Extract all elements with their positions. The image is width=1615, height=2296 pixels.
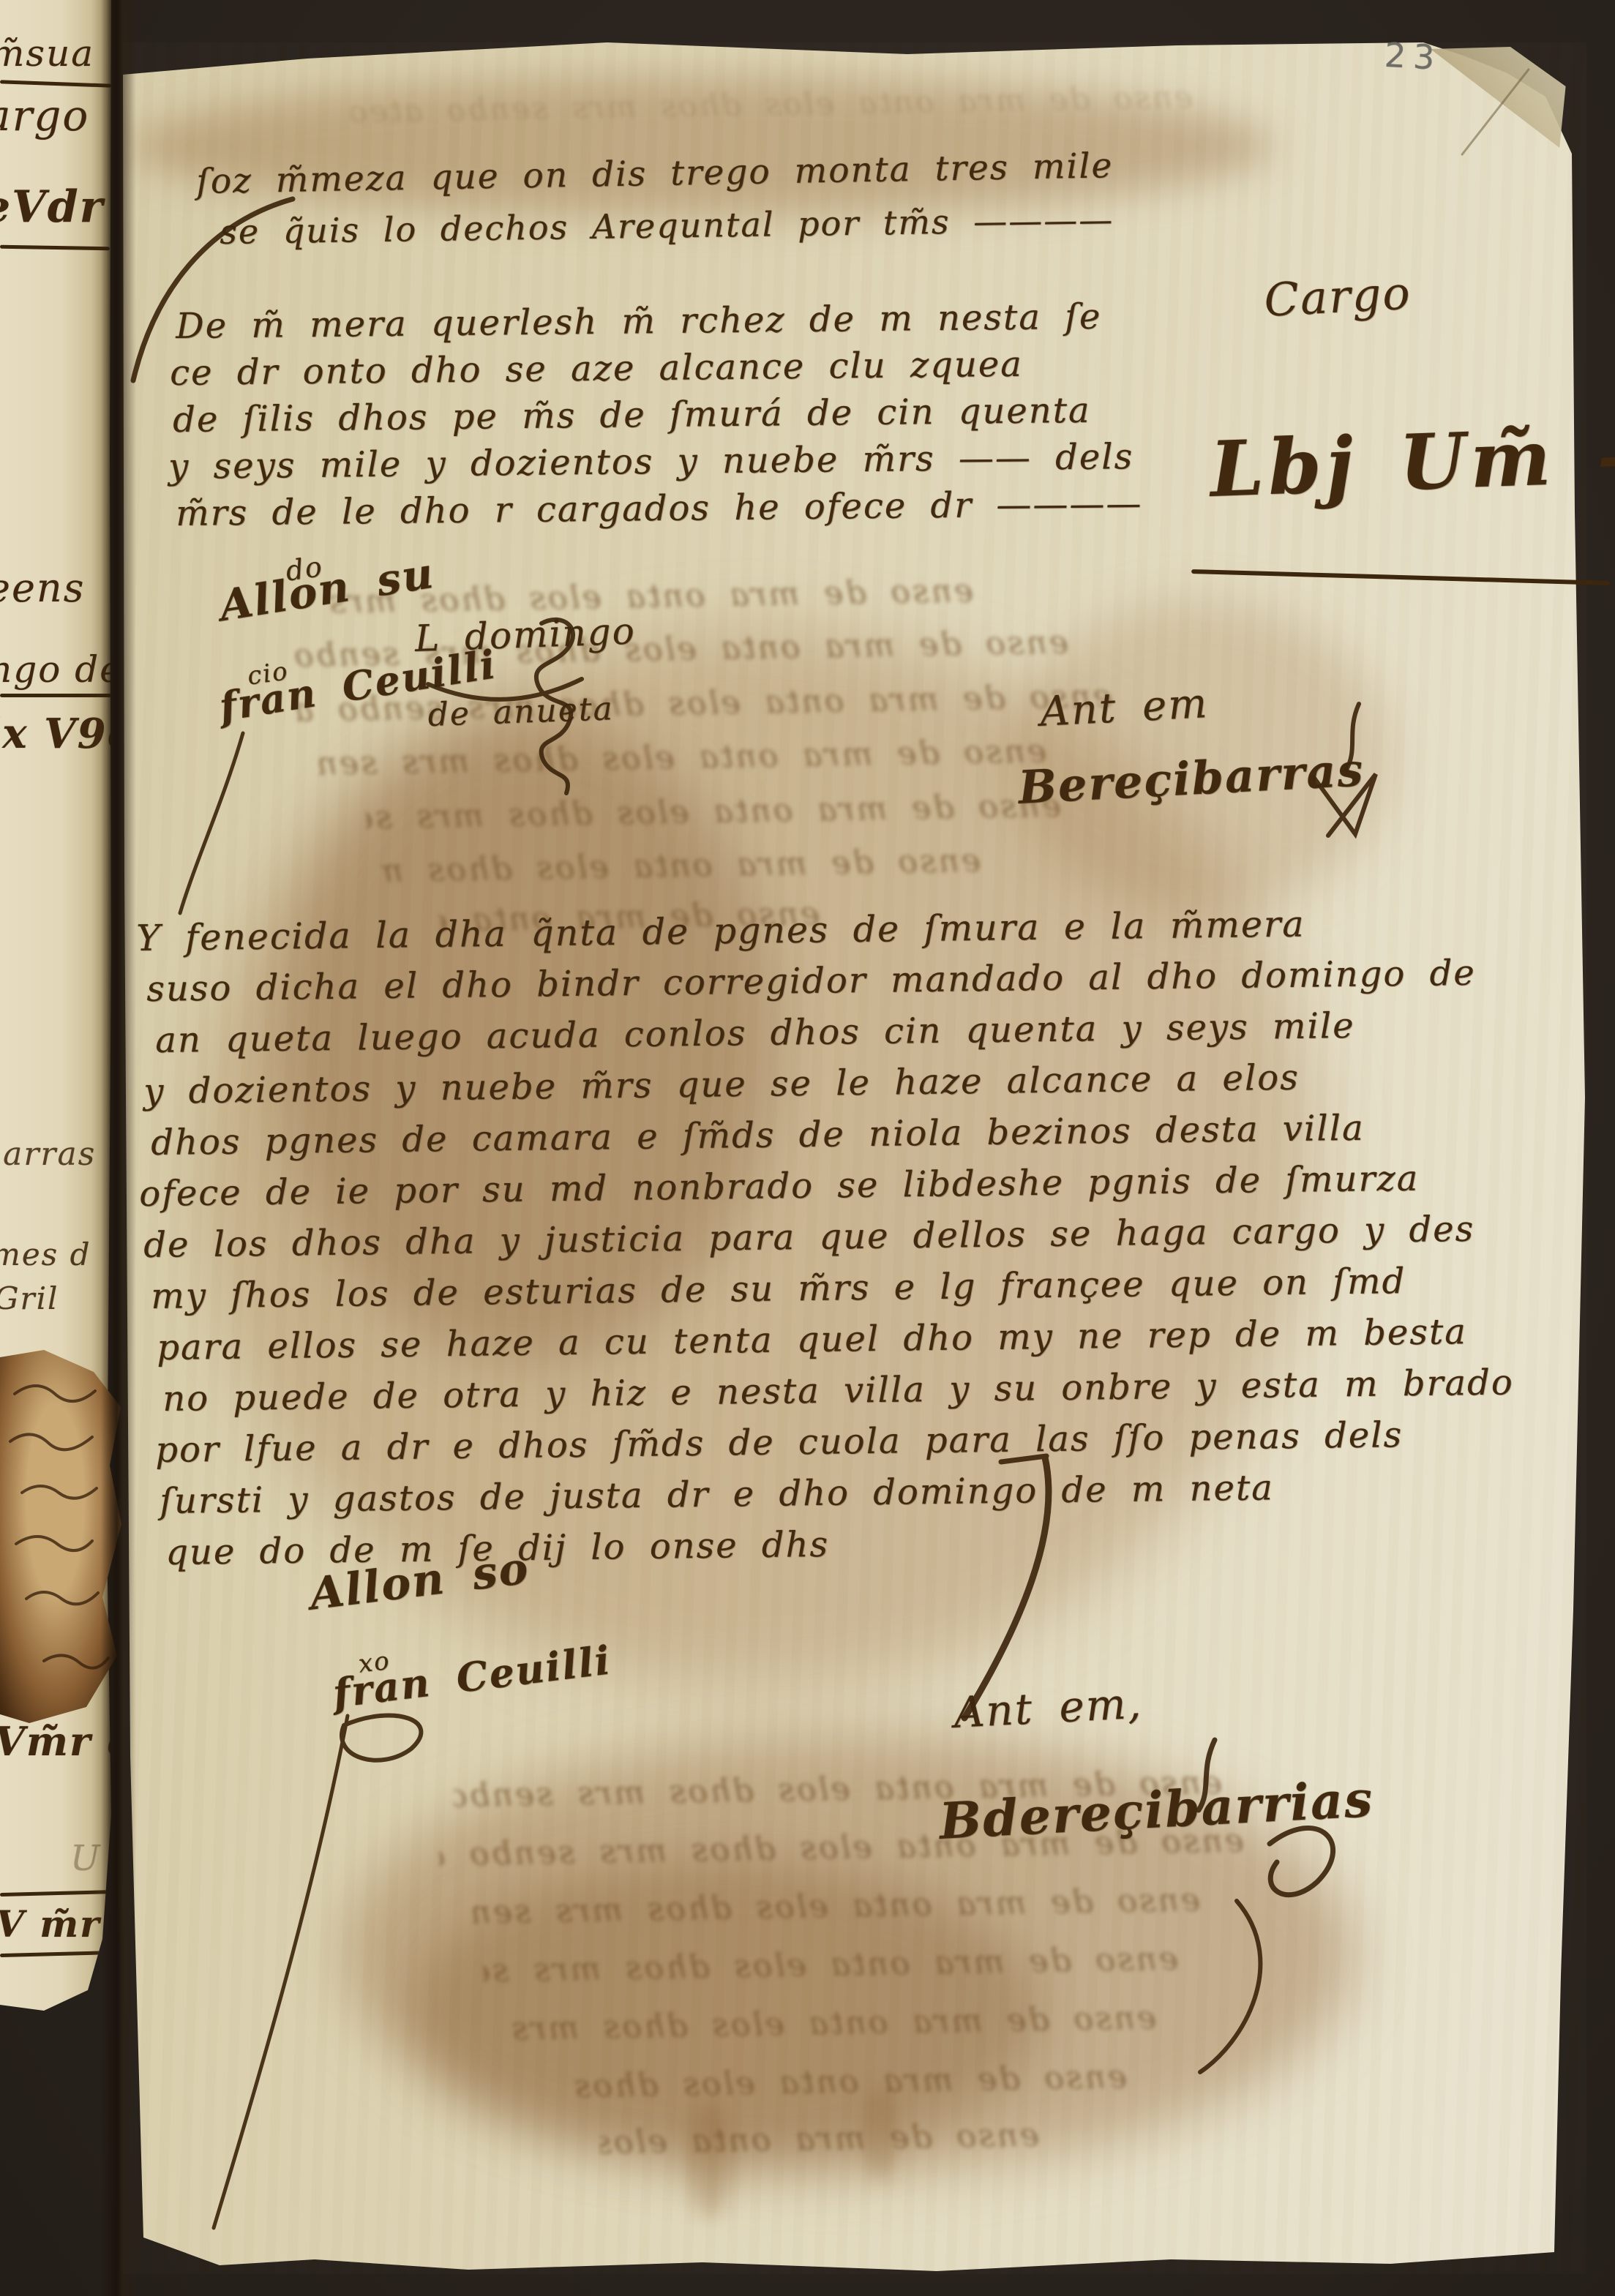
ante-mi-attestation: Ant em bbox=[1039, 683, 1210, 733]
ante-mi-attestation: Ant em, bbox=[953, 1682, 1143, 1734]
edge-fragment: eVdr bbox=[0, 181, 104, 233]
book-gutter-shadow bbox=[101, 0, 136, 2296]
entry-line: De m̃ mera querlesh m̃ rchez de m nesta … bbox=[176, 299, 1102, 344]
folio-number: 23 bbox=[1384, 35, 1443, 78]
edge-rule bbox=[0, 80, 111, 87]
edge-fragment: barras bbox=[0, 1136, 96, 1173]
entry-line: m̃rs de le dho r cargados he ofece dr ——… bbox=[176, 486, 1143, 531]
edge-fragment: eens bbox=[0, 565, 85, 611]
principal-name-line2: de anueta bbox=[427, 693, 614, 732]
edge-fragment: argo bbox=[0, 91, 89, 140]
entry-line: de ſilis dhos pe m̃s de ſmurá de cin que… bbox=[173, 393, 1091, 438]
edge-fragment: m̃sua bbox=[0, 32, 94, 75]
bleedthrough-line: enso de mra onta elos dhos mrs senbo ate… bbox=[600, 2117, 1040, 2161]
edge-rule bbox=[0, 1890, 116, 1897]
entry-line: y seys mile y dozientos y nuebe m̃rs —— … bbox=[168, 439, 1134, 484]
principal-name-line1: L domingo bbox=[414, 612, 636, 657]
margin-cargo-label: Cargo bbox=[1263, 270, 1412, 323]
edge-fragment: Gril bbox=[0, 1280, 59, 1316]
edge-rule bbox=[0, 1951, 116, 1957]
edge-rule bbox=[0, 694, 111, 697]
margin-amount-notation: Lbj Um̃ — fe bbox=[1209, 410, 1615, 508]
edge-rule bbox=[0, 245, 110, 251]
edge-fragment: mes d bbox=[0, 1237, 91, 1272]
entry-line: ce dr onto dho se aze alcance clu zquea bbox=[170, 347, 1023, 391]
edge-fragment: U bbox=[70, 1838, 101, 1879]
manuscript-photograph: enso de mra onta elos dhos mrs senbo ate… bbox=[0, 0, 1615, 2296]
